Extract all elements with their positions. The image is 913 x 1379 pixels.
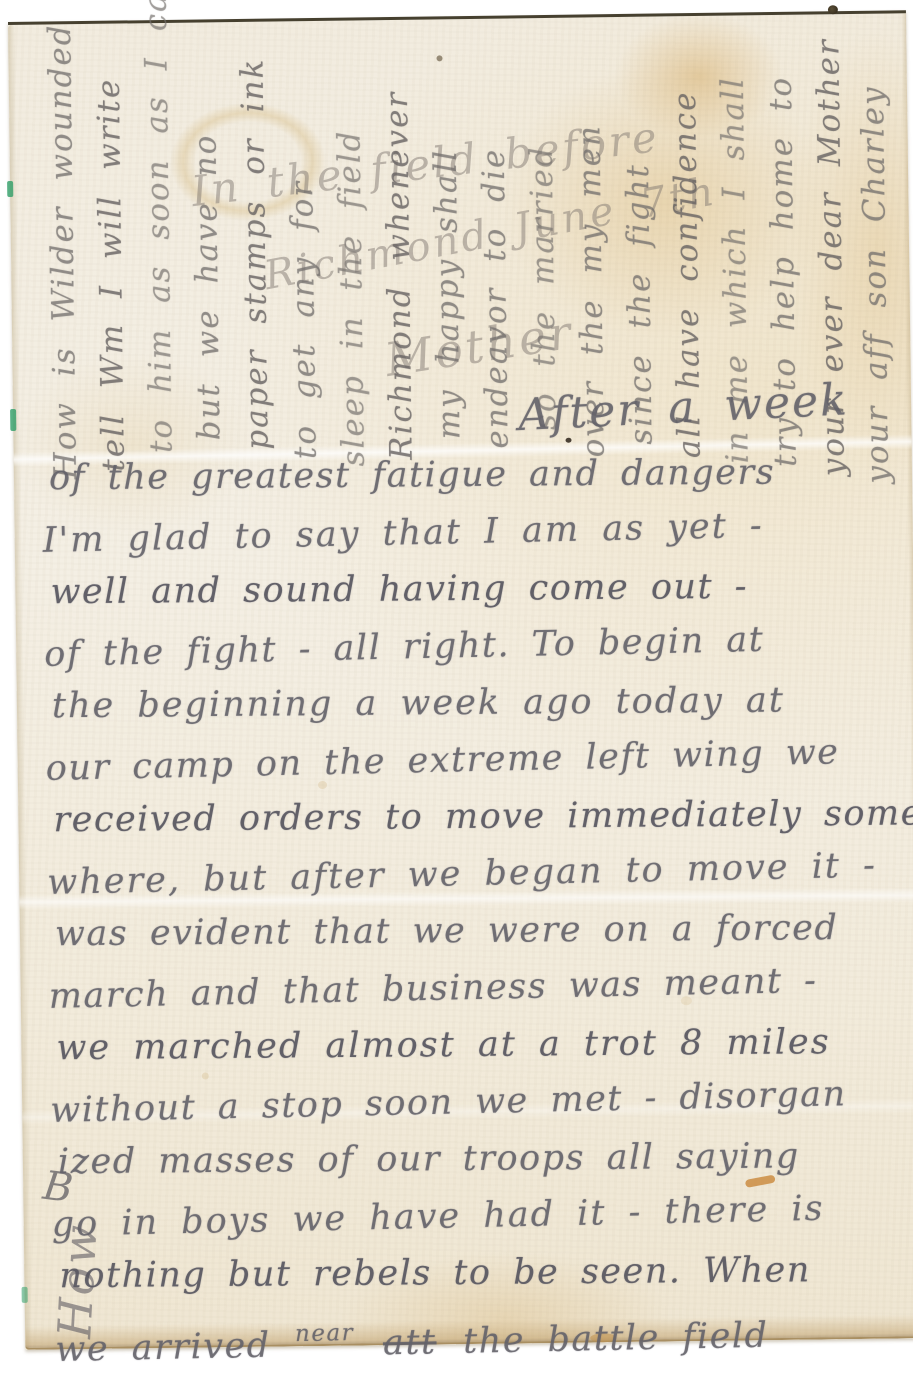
cross-writing-column: but we have no xyxy=(187,134,227,441)
cross-writing-column: to him as soon as I can xyxy=(137,0,179,453)
cross-writing-column: Richmond whenever xyxy=(379,91,420,461)
green-edge-fleck xyxy=(7,181,13,197)
foxing-spot xyxy=(436,55,442,61)
cross-writing-column: endeavor to die xyxy=(476,147,516,448)
inserted-word: near xyxy=(295,1320,355,1347)
cross-writing-column: sleep in the field xyxy=(331,129,371,467)
paper-left-deckle-edge xyxy=(8,25,32,1350)
green-edge-fleck xyxy=(22,1287,28,1303)
handwriting-line: nothing but rebels to be seen. When xyxy=(59,1242,904,1306)
last-line-after: the battle field xyxy=(463,1316,769,1362)
cross-writing-column: paper stamps or ink xyxy=(234,58,275,450)
letter-body: of the greatest fatigue and dangersI'm g… xyxy=(42,441,905,1307)
letter-paper-sheet: In the field beforeRichmond June 7thMoth… xyxy=(8,10,913,1350)
handwriting-line-with-correction: we arrived near att the battle field xyxy=(55,1297,769,1379)
cross-writing-column: tell Wm I will write xyxy=(91,78,132,472)
cross-writing-column: my happy shall xyxy=(428,149,468,440)
last-line-before: we arrived xyxy=(55,1326,271,1370)
struck-word: att xyxy=(383,1322,437,1363)
cross-writing-section: How is Wilder woundedtell Wm I will writ… xyxy=(8,13,906,25)
green-edge-fleck xyxy=(10,409,16,431)
scanned-letter-page: { "letter": { "heading_fragments": ["In … xyxy=(0,0,913,1379)
cross-writing-column: How is Wilder wounded xyxy=(42,23,84,479)
cross-writing-column: your aff son Charley xyxy=(855,85,896,484)
cross-writing-column: to get any for xyxy=(284,180,324,460)
pin-hole-mark xyxy=(828,5,838,14)
